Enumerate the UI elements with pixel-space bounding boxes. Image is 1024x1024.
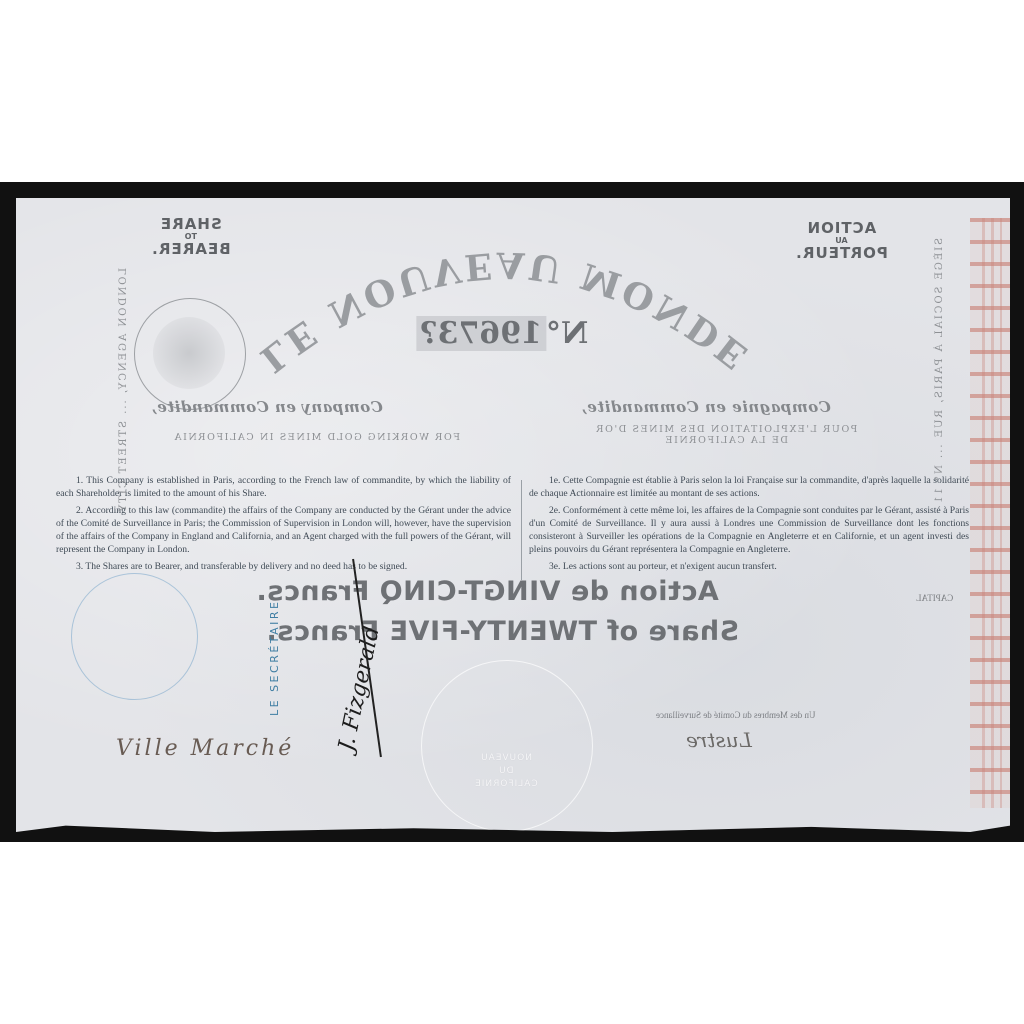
right-vertical-text: SIÈGE SOCIAL À PARIS, RUE ... N° 11 bbox=[934, 238, 945, 798]
share-line-french: Action de VINGT-CINQ Francs. bbox=[256, 576, 719, 607]
secretary-label: LE SECRÉTAIRE bbox=[268, 576, 281, 716]
committee-signature: Lustre bbox=[686, 728, 752, 752]
emboss-seal-line-2: DU bbox=[421, 766, 591, 776]
company-title: LE NOUVEAU MONDE bbox=[252, 244, 759, 381]
share-line-english: Share of TWENTY-FIVE Francs. bbox=[266, 616, 739, 647]
stamp-seal-icon bbox=[134, 298, 246, 410]
certificate-number: N°19673? bbox=[416, 316, 588, 351]
left-vertical-text: LONDON AGENCY, ... STREET CITY bbox=[118, 268, 129, 678]
french-subtitle: Compagnie en Commandite, bbox=[581, 398, 831, 416]
porteur-label: PORTEUR. bbox=[795, 245, 888, 262]
action-label: ACTION bbox=[795, 220, 888, 237]
french-clauses: 1e. Cette Compagnie est établie à Paris … bbox=[529, 474, 969, 577]
blue-stamp-icon bbox=[71, 573, 198, 700]
left-signature: Ville Marché bbox=[116, 736, 294, 761]
french-clause-2: 2e. Conformément à cette même loi, les a… bbox=[529, 504, 969, 556]
emboss-seal-line-1: NOUVEAU bbox=[421, 753, 591, 763]
company-title-arch: LE NOUVEAU MONDE bbox=[246, 228, 766, 388]
english-subtitle: Company en Commandite, bbox=[151, 398, 383, 416]
emboss-seal-line-3: CALIFORNIE bbox=[421, 779, 591, 789]
number-serial: 19673? bbox=[416, 316, 546, 351]
number-prefix: N° bbox=[546, 316, 588, 351]
committee-line: Un des Membres du Comité de Surveillance bbox=[656, 710, 815, 720]
bearer-label: BEARER. bbox=[151, 241, 231, 258]
french-clause-1: 1e. Cette Compagnie est établie à Paris … bbox=[529, 474, 969, 500]
column-divider bbox=[521, 480, 522, 580]
share-label: SHARE bbox=[151, 216, 231, 233]
red-counterfoil-band bbox=[970, 218, 1010, 808]
certificate-paper: SHARE TO BEARER. ACTION AU PORTEUR. LE N… bbox=[16, 198, 1010, 832]
action-au-porteur-label: ACTION AU PORTEUR. bbox=[786, 220, 896, 262]
french-purpose: POUR L'EXPLOITATION DES MINES D'OR DE LA… bbox=[566, 424, 886, 446]
share-to-bearer-label: SHARE TO BEARER. bbox=[151, 216, 231, 258]
english-purpose: FOR WORKING GOLD MINES IN CALIFORNIA bbox=[146, 432, 486, 443]
french-clause-3: 3e. Les actions sont au porteur, et n'ex… bbox=[529, 560, 969, 573]
embossed-seal-icon bbox=[421, 660, 593, 832]
